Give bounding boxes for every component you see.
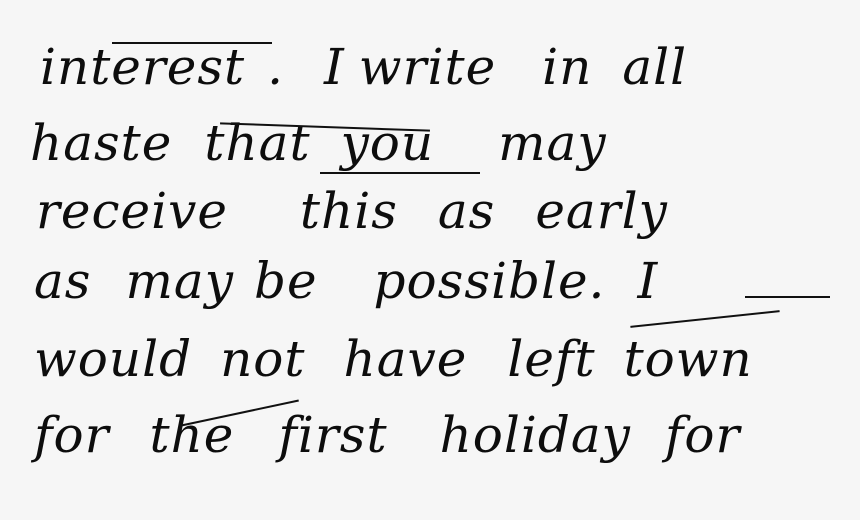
word: in <box>542 42 592 92</box>
word: you <box>341 118 435 168</box>
word: this <box>300 186 398 236</box>
word: not <box>220 334 305 384</box>
word: receive <box>36 186 228 236</box>
t-cross-stroke <box>112 42 272 44</box>
word: as <box>34 256 91 306</box>
word: may <box>125 256 233 306</box>
word: interest <box>40 42 245 92</box>
word: first <box>278 410 387 460</box>
handwritten-page: interest.Iwriteinall hastethatyoumay rec… <box>0 0 860 520</box>
word: holiday <box>440 410 631 460</box>
word: as <box>438 186 495 236</box>
word: . <box>267 42 284 92</box>
strikethrough-line <box>320 172 480 174</box>
word: may <box>498 118 606 168</box>
word: for <box>34 410 110 460</box>
word: would <box>34 334 192 384</box>
word: for <box>665 410 741 460</box>
word: I <box>637 256 658 306</box>
word: I <box>324 42 345 92</box>
word: early <box>535 186 668 236</box>
word: be <box>254 256 318 306</box>
text-line-4: asmaybepossible.I <box>34 256 692 306</box>
text-line-6: forthefirstholidayfor <box>34 410 774 460</box>
word: left <box>507 334 595 384</box>
text-line-5: wouldnothavelefttown <box>34 334 787 384</box>
word: haste <box>30 118 172 168</box>
t-cross-stroke <box>630 310 779 328</box>
text-line-1: interest.Iwriteinall <box>40 42 721 92</box>
word: all <box>622 42 687 92</box>
word: town <box>624 334 753 384</box>
word: have <box>344 334 468 384</box>
text-line-3: receivethisasearly <box>36 186 702 236</box>
word: possible. <box>374 256 606 306</box>
t-cross-stroke <box>745 296 830 298</box>
word: write <box>359 42 496 92</box>
